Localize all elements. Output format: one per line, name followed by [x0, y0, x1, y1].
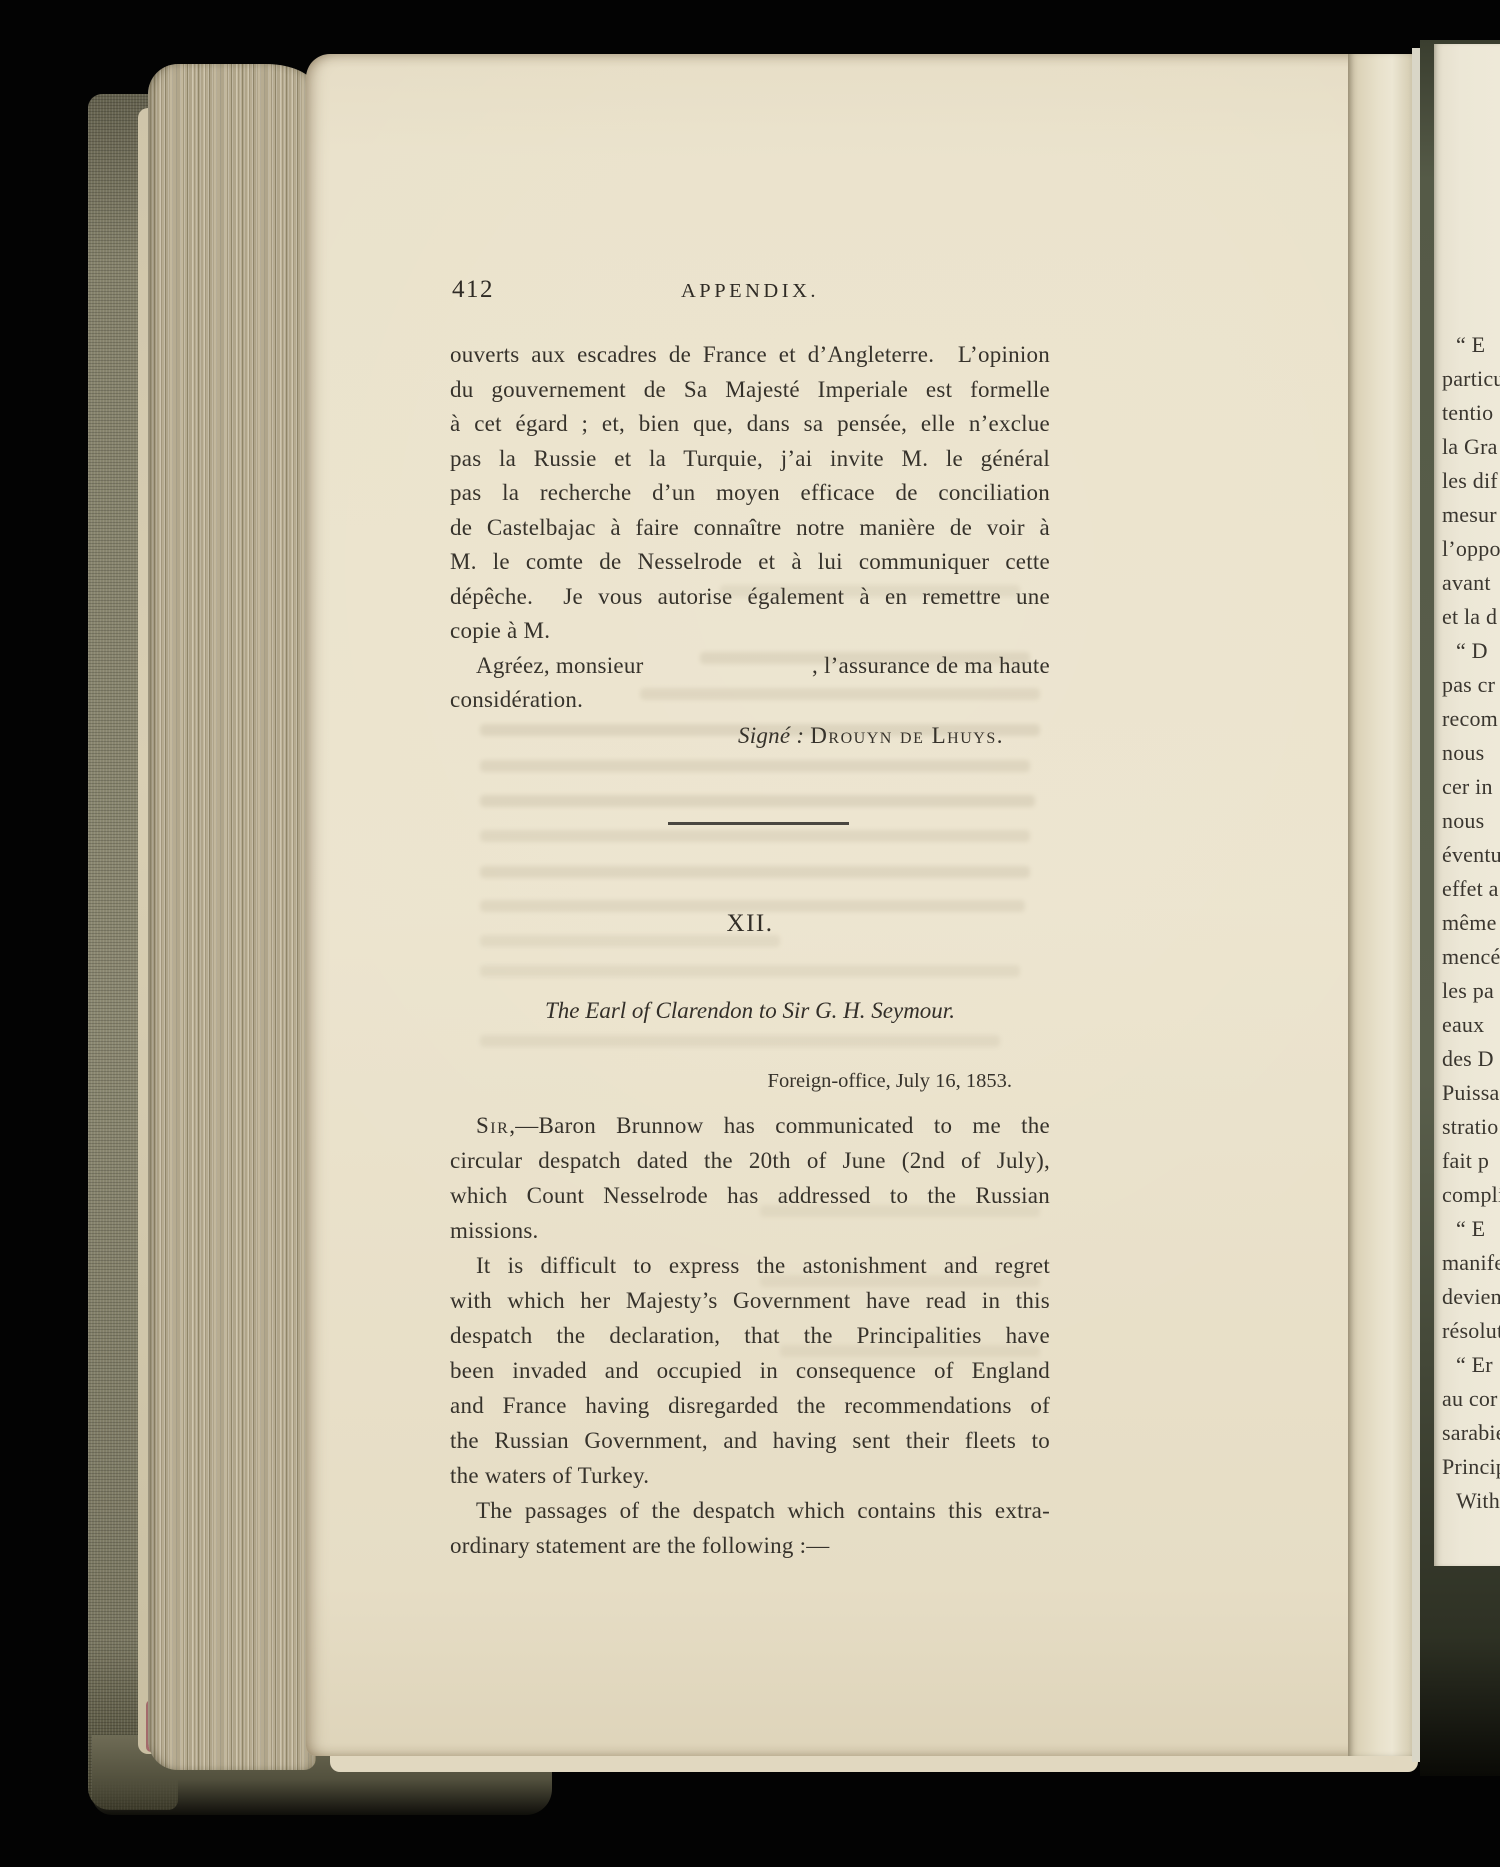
text-line: même [1442, 906, 1500, 940]
english-paragraph-1: Sir,—Baron Brunnow has communicated to m… [450, 1108, 1050, 1248]
text-line: pas la Russie et la Turquie, j’ai invite… [450, 442, 1050, 477]
text-line: copie à M. [450, 614, 1050, 649]
running-head-row: 412 APPENDIX. [450, 276, 1050, 308]
valediction-line-2: considération. [450, 683, 1050, 718]
text-line: pas la recherche d’un moyen efficace de … [450, 476, 1050, 511]
page-fold-curl [1348, 54, 1416, 1756]
signature-prefix: Signé : [738, 723, 810, 748]
signature-line: Signé : Drouyn de Lhuys. [450, 719, 1050, 754]
english-letter: Sir,—Baron Brunnow has communicated to m… [450, 1108, 1050, 1563]
valediction-line: Agréez, monsieur , l’assurance de ma hau… [450, 649, 1050, 684]
book-photo: 412 APPENDIX. ouverts aux escadres de Fr… [0, 0, 1500, 1867]
text-line: the Russian Government, and having sent … [450, 1423, 1050, 1458]
text-line: cer in [1442, 770, 1500, 804]
bleed-through-ghost-line [480, 965, 1020, 977]
text-line: despatch the declaration, that the Princ… [450, 1318, 1050, 1353]
letter-salutation-line: Sir,—Baron Brunnow has communicated to m… [450, 1108, 1050, 1143]
text-line: résolut [1442, 1314, 1500, 1348]
salutation-rest: ,—Baron Brunnow has communicated to me t… [509, 1113, 1050, 1138]
text-line: la Gra [1442, 430, 1500, 464]
redacted-name-gap [644, 649, 812, 684]
text-line: ordinary statement are the following :— [450, 1528, 1050, 1563]
salutation-smallcaps: Sir [476, 1113, 509, 1138]
text-line: des D [1442, 1042, 1500, 1076]
text-line: tentio [1442, 396, 1500, 430]
bleed-through-ghost-line [480, 1035, 1000, 1047]
english-paragraph-3: The passages of the despatch which conta… [450, 1493, 1050, 1563]
text-line: à cet égard ; et, bien que, dans sa pens… [450, 407, 1050, 442]
left-page: 412 APPENDIX. ouverts aux escadres de Fr… [306, 54, 1416, 1756]
text-line: et la d [1442, 600, 1500, 634]
valediction-left: Agréez, monsieur [476, 649, 644, 684]
text-line: with which her Majesty’s Government have… [450, 1283, 1050, 1318]
text-line: missions. [450, 1213, 1050, 1248]
text-line: M. le comte de Nesselrode et à lui commu… [450, 545, 1050, 580]
text-line: been invaded and occupied in consequence… [450, 1353, 1050, 1388]
letter-title: The Earl of Clarendon to Sir G. H. Seymo… [450, 998, 1050, 1024]
text-line: du gouvernement de Sa Majesté Imperiale … [450, 373, 1050, 408]
section-numeral: XII. [450, 910, 1050, 938]
text-line: which Count Nesselrode has addressed to … [450, 1178, 1050, 1213]
text-line: It is difficult to express the astonishm… [450, 1248, 1050, 1283]
text-line: mesur [1442, 498, 1500, 532]
text-line: Princip [1442, 1450, 1500, 1484]
text-line: ouverts aux escadres de France et d’Angl… [450, 338, 1050, 373]
letter-dateline: Foreign-office, July 16, 1853. [450, 1070, 1050, 1093]
section-divider-rule [668, 822, 849, 825]
text-line: and France having disregarded the recomm… [450, 1388, 1050, 1423]
text-line: éventu [1442, 838, 1500, 872]
text-line: pas cr [1442, 668, 1500, 702]
text-line: effet a [1442, 872, 1500, 906]
text-line: stratio [1442, 1110, 1500, 1144]
text-line: avant [1442, 566, 1500, 600]
text-line: mencé [1442, 940, 1500, 974]
text-line: manife [1442, 1246, 1500, 1280]
facing-page-text-fragments: “ Eparticutentiola Grales difmesurl’oppo… [1442, 328, 1500, 1518]
text-line: les dif [1442, 464, 1500, 498]
text-line: “ Er [1442, 1348, 1500, 1382]
text-line: With [1442, 1484, 1500, 1518]
text-line: sarabie [1442, 1416, 1500, 1450]
text-line: recom [1442, 702, 1500, 736]
text-line: Puissa [1442, 1076, 1500, 1110]
bleed-through-ghost-line [480, 795, 1035, 807]
english-paragraph-2: It is difficult to express the astonishm… [450, 1248, 1050, 1493]
text-line: l’oppo [1442, 532, 1500, 566]
text-line: The passages of the despatch which conta… [450, 1493, 1050, 1528]
french-letter-paragraph: ouverts aux escadres de France et d’Angl… [450, 338, 1050, 753]
text-line: “ E [1442, 1212, 1500, 1246]
text-line: the waters of Turkey. [450, 1458, 1050, 1493]
text-line: au cor [1442, 1382, 1500, 1416]
valediction-right: , l’assurance de ma haute [812, 649, 1050, 684]
text-line: dépêche. Je vous autorise également à en… [450, 580, 1050, 615]
text-line: circular despatch dated the 20th of June… [450, 1143, 1050, 1178]
bleed-through-ghost-line [480, 830, 1030, 842]
text-line: “ E [1442, 328, 1500, 362]
text-line: les pa [1442, 974, 1500, 1008]
bleed-through-ghost-line [480, 760, 1030, 772]
text-line: “ D [1442, 634, 1500, 668]
text-line: nous [1442, 736, 1500, 770]
text-line: eaux [1442, 1008, 1500, 1042]
text-line: fait p [1442, 1144, 1500, 1178]
text-line: compli [1442, 1178, 1500, 1212]
facing-page-sliver: “ Eparticutentiola Grales difmesurl’oppo… [1434, 44, 1500, 1566]
bleed-through-ghost-line [480, 866, 1030, 878]
english-paragraph-1-lines: circular despatch dated the 20th of June… [450, 1143, 1050, 1248]
text-line: de Castelbajac à faire connaître notre m… [450, 511, 1050, 546]
running-header: APPENDIX. [450, 280, 1050, 303]
page-edge-stack [148, 64, 316, 1770]
text-line: particu [1442, 362, 1500, 396]
text-line: nous [1442, 804, 1500, 838]
text-line: devien [1442, 1280, 1500, 1314]
signature-name: Drouyn de Lhuys. [810, 723, 1004, 748]
french-letter-lines: ouverts aux escadres de France et d’Angl… [450, 338, 1050, 649]
